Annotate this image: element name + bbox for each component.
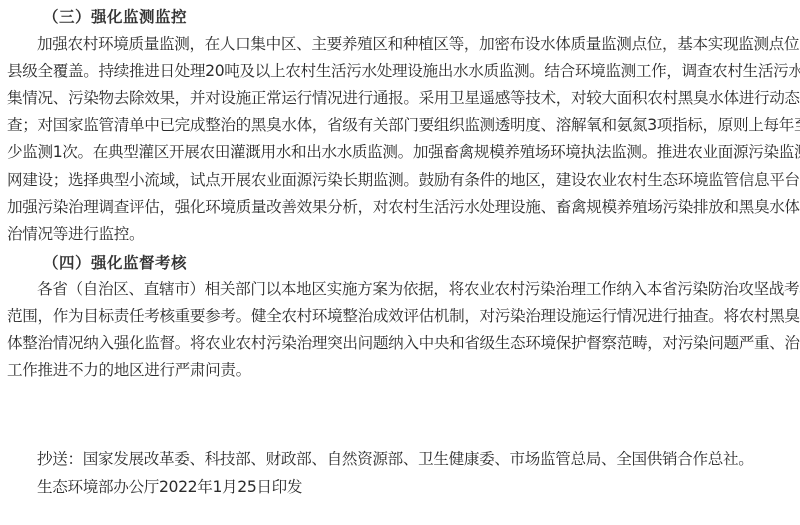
section-4-heading: （四）强化监督考核	[43, 249, 187, 276]
section-3-heading: （三）强化监测监控	[43, 3, 187, 30]
section-3-paragraph-line: 治情况等进行监控。	[7, 221, 144, 248]
section-4-paragraph-line: 范围，作为目标责任考核重要参考。健全农村环境整治成效评估机制，对污染治理设施运行…	[7, 303, 800, 330]
cc-list: 抄送：国家发展改革委、科技部、财政部、自然资源部、卫生健康委、市场监管总局、全国…	[37, 446, 753, 473]
section-3-paragraph-line: 网建设；选择典型小流域，试点开展农业面源污染长期监测。鼓励有条件的地区，建设农业…	[7, 167, 800, 194]
section-3-paragraph-line: 加强农村环境质量监测，在人口集中区、主要养殖区和种植区等，加密布设水体质量监测点…	[37, 31, 800, 58]
section-4-paragraph-line: 各省（自治区、直辖市）相关部门以本地区实施方案为依据，将农业农村污染治理工作纳入…	[37, 276, 800, 303]
issue-date: 生态环境部办公厅2022年1月25日印发	[37, 474, 302, 501]
section-3-paragraph-line: 少监测1次。在典型灌区开展农田灌溉用水和出水水质监测。加强畜禽规模养殖场环境执法…	[7, 139, 800, 166]
section-4-paragraph-line: 体整治情况纳入强化监督。将农业农村污染治理突出问题纳入中央和省级生态环境保护督察…	[7, 330, 800, 357]
section-4-paragraph-line: 工作推进不力的地区进行严肃问责。	[7, 357, 251, 384]
section-3-paragraph-line: 查；对国家监管清单中已完成整治的黑臭水体，省级有关部门要组织监测透明度、溶解氧和…	[7, 112, 800, 139]
section-3-paragraph-line: 加强污染治理调查评估，强化环境质量改善效果分析，对农村生活污水处理设施、畜禽规模…	[7, 194, 800, 221]
section-3-paragraph-line: 县级全覆盖。持续推进日处理20吨及以上农村生活污水处理设施出水水质监测。结合环境…	[7, 58, 800, 85]
section-3-paragraph-line: 集情况、污染物去除效果，并对设施正常运行情况进行通报。采用卫星遥感等技术，对较大…	[7, 85, 800, 112]
